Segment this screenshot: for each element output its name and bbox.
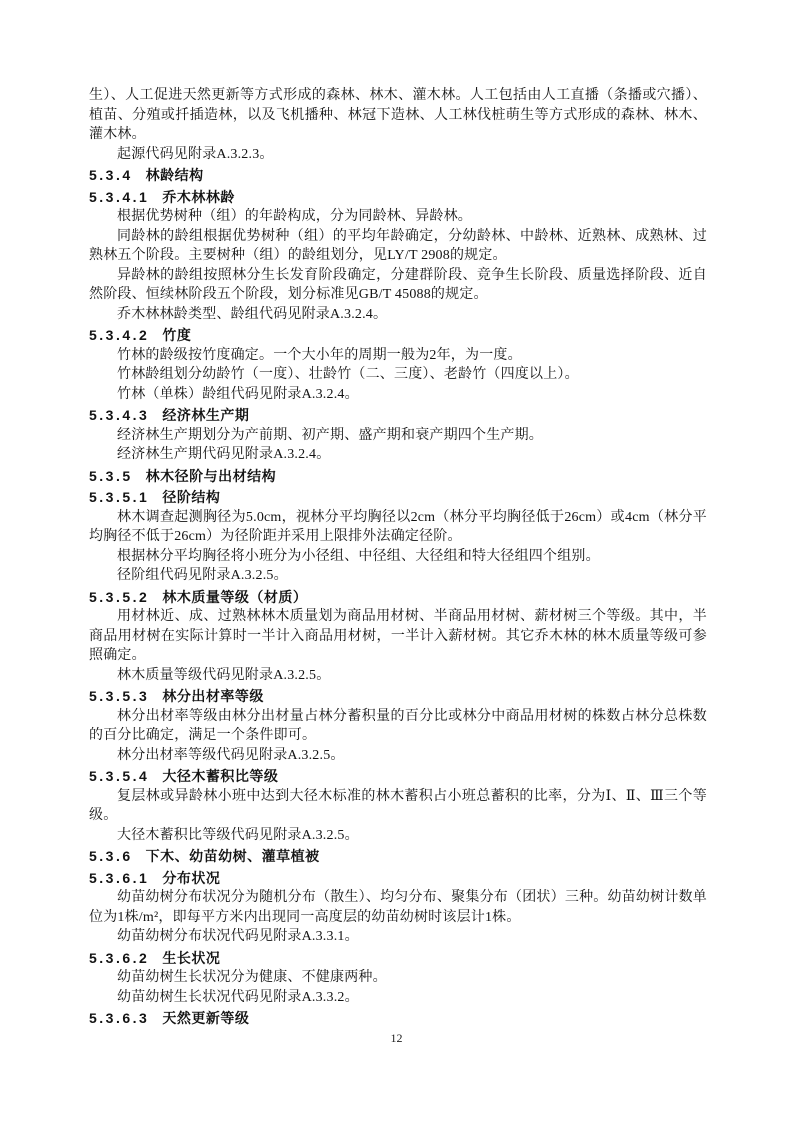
section-heading-5.3.5: 5.3.5林木径阶与出材结构 bbox=[89, 467, 707, 487]
section-heading-5.3.6.2: 5.3.6.2生长状况 bbox=[89, 949, 707, 969]
paragraph: 同龄林的龄组根据优势树种（组）的平均年龄确定，分幼龄林、中龄林、近熟林、成熟林、… bbox=[89, 227, 707, 266]
section-number: 5.3.4.1 bbox=[89, 189, 149, 205]
paragraph: 根据林分平均胸径将小班分为小径组、中径组、大径组和特大径组四个组别。 bbox=[89, 547, 707, 567]
paragraph: 林木质量等级代码见附录A.3.2.5。 bbox=[89, 666, 707, 686]
section-title: 林木质量等级（材质） bbox=[162, 589, 307, 605]
document-page: 生）、人工促进天然更新等方式形成的森林、林木、灌木林。人工包括由人工直播（条播或… bbox=[0, 0, 793, 1121]
section-number: 5.3.5.2 bbox=[89, 589, 149, 605]
paragraph: 异龄林的龄组按照林分生长发育阶段确定，分建群阶段、竞争生长阶段、质量选择阶段、近… bbox=[89, 266, 707, 305]
section-heading-5.3.4.2: 5.3.4.2竹度 bbox=[89, 326, 707, 346]
paragraph: 竹林（单株）龄组代码见附录A.3.2.4。 bbox=[89, 385, 707, 405]
paragraph: 经济林生产期代码见附录A.3.2.4。 bbox=[89, 445, 707, 465]
paragraph: 林木调查起测胸径为5.0cm，视林分平均胸径以2cm（林分平均胸径低于26cm）… bbox=[89, 508, 707, 547]
section-title: 经济林生产期 bbox=[162, 407, 249, 423]
section-heading-5.3.5.1: 5.3.5.1径阶结构 bbox=[89, 488, 707, 508]
section-number: 5.3.6 bbox=[89, 848, 133, 864]
section-heading-5.3.6.3: 5.3.6.3天然更新等级 bbox=[89, 1009, 707, 1029]
paragraph: 大径木蓄积比等级代码见附录A.3.2.5。 bbox=[89, 826, 707, 846]
paragraph: 林分出材率等级由林分出材量占林分蓄积量的百分比或林分中商品用材树的株数占林分总株… bbox=[89, 707, 707, 746]
section-title: 大径木蓄积比等级 bbox=[162, 768, 278, 784]
section-number: 5.3.6.2 bbox=[89, 950, 149, 966]
paragraph: 幼苗幼树生长状况分为健康、不健康两种。 bbox=[89, 968, 707, 988]
section-number: 5.3.5.3 bbox=[89, 688, 149, 704]
paragraph: 幼苗幼树分布状况代码见附录A.3.3.1。 bbox=[89, 927, 707, 947]
section-heading-5.3.6.1: 5.3.6.1分布状况 bbox=[89, 869, 707, 889]
section-number: 5.3.5.1 bbox=[89, 489, 149, 505]
paragraph: 幼苗幼树生长状况代码见附录A.3.3.2。 bbox=[89, 988, 707, 1008]
section-number: 5.3.5.4 bbox=[89, 768, 149, 784]
section-number: 5.3.4 bbox=[89, 167, 133, 183]
section-heading-5.3.4.1: 5.3.4.1乔木林林龄 bbox=[89, 188, 707, 208]
paragraph: 幼苗幼树分布状况分为随机分布（散生）、均匀分布、聚集分布（团状）三种。幼苗幼树计… bbox=[89, 888, 707, 927]
section-number: 5.3.5 bbox=[89, 468, 133, 484]
section-title: 林木径阶与出材结构 bbox=[146, 468, 277, 484]
section-title: 林龄结构 bbox=[146, 167, 204, 183]
document-content: 生）、人工促进天然更新等方式形成的森林、林木、灌木林。人工包括由人工直播（条播或… bbox=[89, 86, 707, 1029]
section-title: 径阶结构 bbox=[162, 489, 220, 505]
section-heading-5.3.6: 5.3.6下木、幼苗幼树、灌草植被 bbox=[89, 847, 707, 867]
section-number: 5.3.4.3 bbox=[89, 407, 149, 423]
paragraph: 竹林的龄级按竹度确定。一个大小年的周期一般为2年，为一度。 bbox=[89, 346, 707, 366]
section-title: 天然更新等级 bbox=[162, 1010, 249, 1026]
section-heading-5.3.5.3: 5.3.5.3林分出材率等级 bbox=[89, 687, 707, 707]
paragraph: 经济林生产期划分为产前期、初产期、盛产期和衰产期四个生产期。 bbox=[89, 426, 707, 446]
section-heading-5.3.4.3: 5.3.4.3经济林生产期 bbox=[89, 406, 707, 426]
section-title: 林分出材率等级 bbox=[162, 688, 264, 704]
section-title: 竹度 bbox=[162, 327, 191, 343]
page-number: 12 bbox=[0, 1031, 793, 1046]
section-number: 5.3.6.1 bbox=[89, 870, 149, 886]
section-heading-5.3.4: 5.3.4林龄结构 bbox=[89, 166, 707, 186]
section-heading-5.3.5.4: 5.3.5.4大径木蓄积比等级 bbox=[89, 767, 707, 787]
section-number: 5.3.4.2 bbox=[89, 327, 149, 343]
section-title: 生长状况 bbox=[162, 950, 220, 966]
section-title: 分布状况 bbox=[162, 870, 220, 886]
paragraph: 生）、人工促进天然更新等方式形成的森林、林木、灌木林。人工包括由人工直播（条播或… bbox=[89, 86, 707, 145]
paragraph: 起源代码见附录A.3.2.3。 bbox=[89, 145, 707, 165]
paragraph: 竹林龄组划分幼龄竹（一度）、壮龄竹（二、三度）、老龄竹（四度以上）。 bbox=[89, 365, 707, 385]
section-title: 下木、幼苗幼树、灌草植被 bbox=[146, 848, 320, 864]
paragraph: 乔木林林龄类型、龄组代码见附录A.3.2.4。 bbox=[89, 305, 707, 325]
paragraph: 用材林近、成、过熟林林木质量划为商品用材树、半商品用材树、薪材树三个等级。其中，… bbox=[89, 607, 707, 666]
section-title: 乔木林林龄 bbox=[162, 189, 235, 205]
section-number: 5.3.6.3 bbox=[89, 1010, 149, 1026]
section-heading-5.3.5.2: 5.3.5.2林木质量等级（材质） bbox=[89, 588, 707, 608]
paragraph: 复层林或异龄林小班中达到大径木标准的林木蓄积占小班总蓄积的比率，分为Ⅰ、Ⅱ、Ⅲ三… bbox=[89, 787, 707, 826]
paragraph: 根据优势树种（组）的年龄构成，分为同龄林、异龄林。 bbox=[89, 207, 707, 227]
paragraph: 径阶组代码见附录A.3.2.5。 bbox=[89, 566, 707, 586]
paragraph: 林分出材率等级代码见附录A.3.2.5。 bbox=[89, 746, 707, 766]
